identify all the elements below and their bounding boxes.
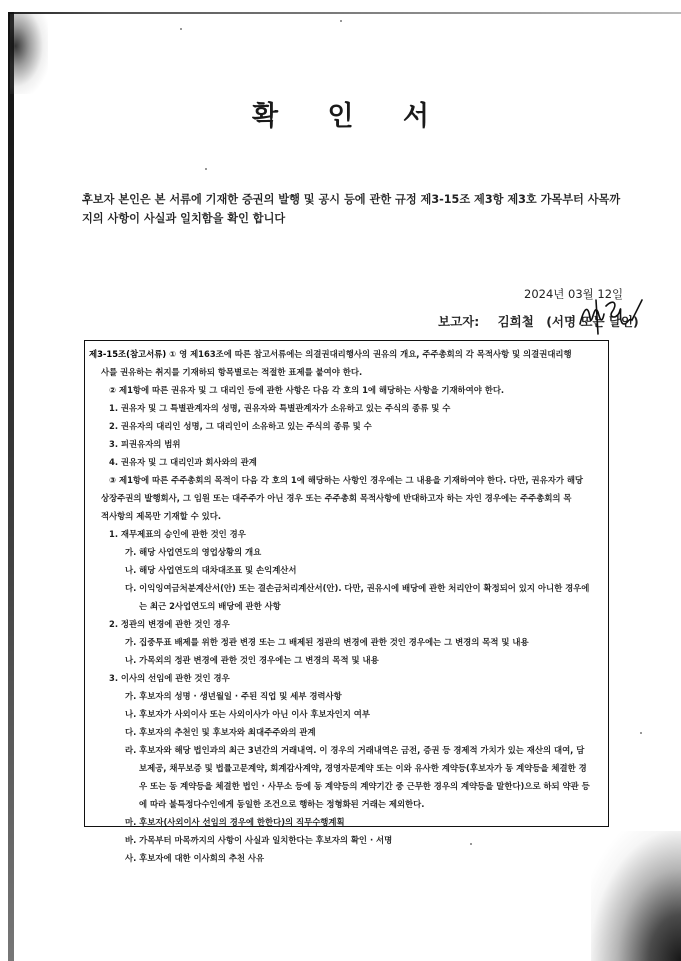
regulation-line: 나. 해당 사업연도의 대차대조표 및 손익계산서	[89, 561, 602, 579]
regulation-line: 나. 가목외의 정관 변경에 관한 것인 경우에는 그 변경의 목적 및 내용	[89, 651, 602, 669]
regulation-text: 상장주권의 발행회사, 그 임원 또는 대주주가 아닌 경우 또는 주주총회 목…	[101, 493, 572, 503]
regulation-text: 1. 권유자 및 그 특별관계자의 성명, 권유자와 특별관계자가 소유하고 있…	[109, 403, 450, 413]
document-title: 확 인 서	[0, 94, 681, 133]
scan-speck	[340, 20, 342, 22]
regulation-line: 사를 권유하는 취지를 기재하되 항목별로는 적절한 표제를 붙여야 한다.	[89, 363, 602, 381]
regulation-line: ② 제1항에 따른 권유자 및 그 대리인 등에 관한 사항은 다음 각 호의 …	[89, 381, 602, 399]
regulation-line: 라. 후보자와 해당 법인과의 최근 3년간의 거래내역. 이 경우의 거래내역…	[89, 741, 602, 759]
regulation-text: 1. 재무제표의 승인에 관한 것인 경우	[109, 529, 246, 539]
regulation-line: 3. 피권유자의 범위	[89, 435, 602, 453]
scan-edge-top	[8, 12, 681, 14]
regulation-text: 라. 후보자와 해당 법인과의 최근 3년간의 거래내역. 이 경우의 거래내역…	[125, 745, 584, 755]
scan-speck	[640, 732, 642, 734]
regulation-line: 4. 권유자 및 그 대리인과 회사와의 관계	[89, 453, 602, 471]
regulation-line: 다. 이익잉여금처분계산서(안) 또는 결손금처리계산서(안). 다만, 권유시…	[89, 579, 602, 597]
regulation-line: 우 또는 동 계약등을 체결한 법인 · 사무소 등에 동 계약등의 계약기간 …	[89, 777, 602, 795]
scan-edge-left	[8, 12, 14, 961]
regulation-text: 사를 권유하는 취지를 기재하되 항목별로는 적절한 표제를 붙여야 한다.	[101, 367, 362, 377]
scan-shadow-top-left	[10, 14, 48, 94]
regulation-line: 가. 집중투표 배제를 위한 정관 변경 또는 그 배제된 정관의 변경에 관한…	[89, 633, 602, 651]
regulation-line: 바. 가목부터 마목까지의 사항이 사실과 일치한다는 후보자의 확인 · 서명	[89, 831, 602, 849]
regulation-line: 상장주권의 발행회사, 그 임원 또는 대주주가 아닌 경우 또는 주주총회 목…	[89, 489, 602, 507]
regulation-line: 나. 후보자가 사외이사 또는 사외이사가 아닌 이사 후보자인지 여부	[89, 705, 602, 723]
regulation-line: 적사항의 제목만 기재할 수 있다.	[89, 507, 602, 525]
regulation-text: 다. 이익잉여금처분계산서(안) 또는 결손금처리계산서(안). 다만, 권유시…	[125, 583, 589, 593]
regulation-text: 2. 권유자의 대리인 성명, 그 대리인이 소유하고 있는 주식의 종류 및 …	[109, 421, 372, 431]
regulation-line: 는 최근 2사업연도의 배당에 관한 사항	[89, 597, 602, 615]
scan-shadow-bottom-right	[591, 831, 681, 961]
regulation-text: 3. 이사의 선임에 관한 것인 경우	[109, 673, 230, 683]
regulation-line: 다. 후보자의 추천인 및 후보자와 최대주주와의 관계	[89, 723, 602, 741]
regulation-line: 2. 정관의 변경에 관한 것인 경우	[89, 615, 602, 633]
regulation-line: 2. 권유자의 대리인 성명, 그 대리인이 소유하고 있는 주식의 종류 및 …	[89, 417, 602, 435]
regulation-text: 나. 해당 사업연도의 대차대조표 및 손익계산서	[125, 565, 296, 575]
regulation-text: 마. 후보자(사외이사 선임의 경우에 한한다)의 직무수행계획	[125, 817, 345, 827]
regulation-line: 3. 이사의 선임에 관한 것인 경우	[89, 669, 602, 687]
regulation-text: 나. 가목외의 정관 변경에 관한 것인 경우에는 그 변경의 목적 및 내용	[125, 655, 379, 665]
regulation-text: 가. 후보자의 성명 · 생년월일 · 주된 직업 및 세부 경력사항	[125, 691, 342, 701]
regulation-text: 다. 후보자의 추천인 및 후보자와 최대주주와의 관계	[125, 727, 316, 737]
confirmation-statement: 후보자 본인은 본 서류에 기재한 증권의 발행 및 공시 등에 관한 규정 제…	[82, 190, 622, 228]
regulation-text: 적사항의 제목만 기재할 수 있다.	[101, 511, 221, 521]
regulation-text: 는 최근 2사업연도의 배당에 관한 사항	[139, 601, 281, 611]
regulation-excerpt-box: 제3-15조(참고서류) ① 영 제163조에 따른 참고서류에는 의결권대리행…	[84, 340, 609, 827]
regulation-line: 사. 후보자에 대한 이사회의 추천 사유	[89, 849, 602, 867]
regulation-line: 에 따라 불특정다수인에게 동일한 조건으로 행하는 정형화된 거래는 제외한다…	[89, 795, 602, 813]
regulation-line: 보제공, 채무보증 및 법률고문계약, 회계감사계약, 경영자문계약 또는 이와…	[89, 759, 602, 777]
regulation-text: 보제공, 채무보증 및 법률고문계약, 회계감사계약, 경영자문계약 또는 이와…	[139, 763, 587, 773]
regulation-line: 가. 해당 사업연도의 영업상황의 개요	[89, 543, 602, 561]
scan-speck	[180, 28, 182, 30]
handwritten-signature	[574, 294, 644, 338]
regulation-text: ① 영 제163조에 따른 참고서류에는 의결권대리행사의 권유의 개요, 주주…	[166, 349, 571, 359]
regulation-text: ③ 제1항에 따른 주주총회의 목적이 다음 각 호의 1에 해당하는 사항인 …	[109, 475, 583, 485]
regulation-line: 1. 재무제표의 승인에 관한 것인 경우	[89, 525, 602, 543]
reporter-label: 보고자:	[438, 314, 479, 329]
regulation-heading: 제3-15조(참고서류)	[89, 349, 166, 359]
regulation-text: 우 또는 동 계약등을 체결한 법인 · 사무소 등에 동 계약등의 계약기간 …	[139, 781, 590, 791]
regulation-line: 1. 권유자 및 그 특별관계자의 성명, 권유자와 특별관계자가 소유하고 있…	[89, 399, 602, 417]
regulation-text: 3. 피권유자의 범위	[109, 439, 180, 449]
regulation-text: 바. 가목부터 마목까지의 사항이 사실과 일치한다는 후보자의 확인 · 서명	[125, 835, 392, 845]
regulation-text: 4. 권유자 및 그 대리인과 회사와의 관계	[109, 457, 257, 467]
regulation-line: ③ 제1항에 따른 주주총회의 목적이 다음 각 호의 1에 해당하는 사항인 …	[89, 471, 602, 489]
regulation-line: 가. 후보자의 성명 · 생년월일 · 주된 직업 및 세부 경력사항	[89, 687, 602, 705]
regulation-text: 사. 후보자에 대한 이사회의 추천 사유	[125, 853, 264, 863]
scan-speck	[205, 168, 207, 170]
regulation-text: ② 제1항에 따른 권유자 및 그 대리인 등에 관한 사항은 다음 각 호의 …	[109, 385, 504, 395]
regulation-text: 나. 후보자가 사외이사 또는 사외이사가 아닌 이사 후보자인지 여부	[125, 709, 370, 719]
regulation-line: 제3-15조(참고서류) ① 영 제163조에 따른 참고서류에는 의결권대리행…	[89, 345, 602, 363]
regulation-text: 가. 해당 사업연도의 영업상황의 개요	[125, 547, 261, 557]
reporter-name: 김희철	[498, 314, 534, 329]
regulation-text: 에 따라 불특정다수인에게 동일한 조건으로 행하는 정형화된 거래는 제외한다…	[139, 799, 424, 809]
regulation-text: 가. 집중투표 배제를 위한 정관 변경 또는 그 배제된 정관의 변경에 관한…	[125, 637, 529, 647]
regulation-text: 2. 정관의 변경에 관한 것인 경우	[109, 619, 230, 629]
regulation-line: 마. 후보자(사외이사 선임의 경우에 한한다)의 직무수행계획	[89, 813, 602, 831]
